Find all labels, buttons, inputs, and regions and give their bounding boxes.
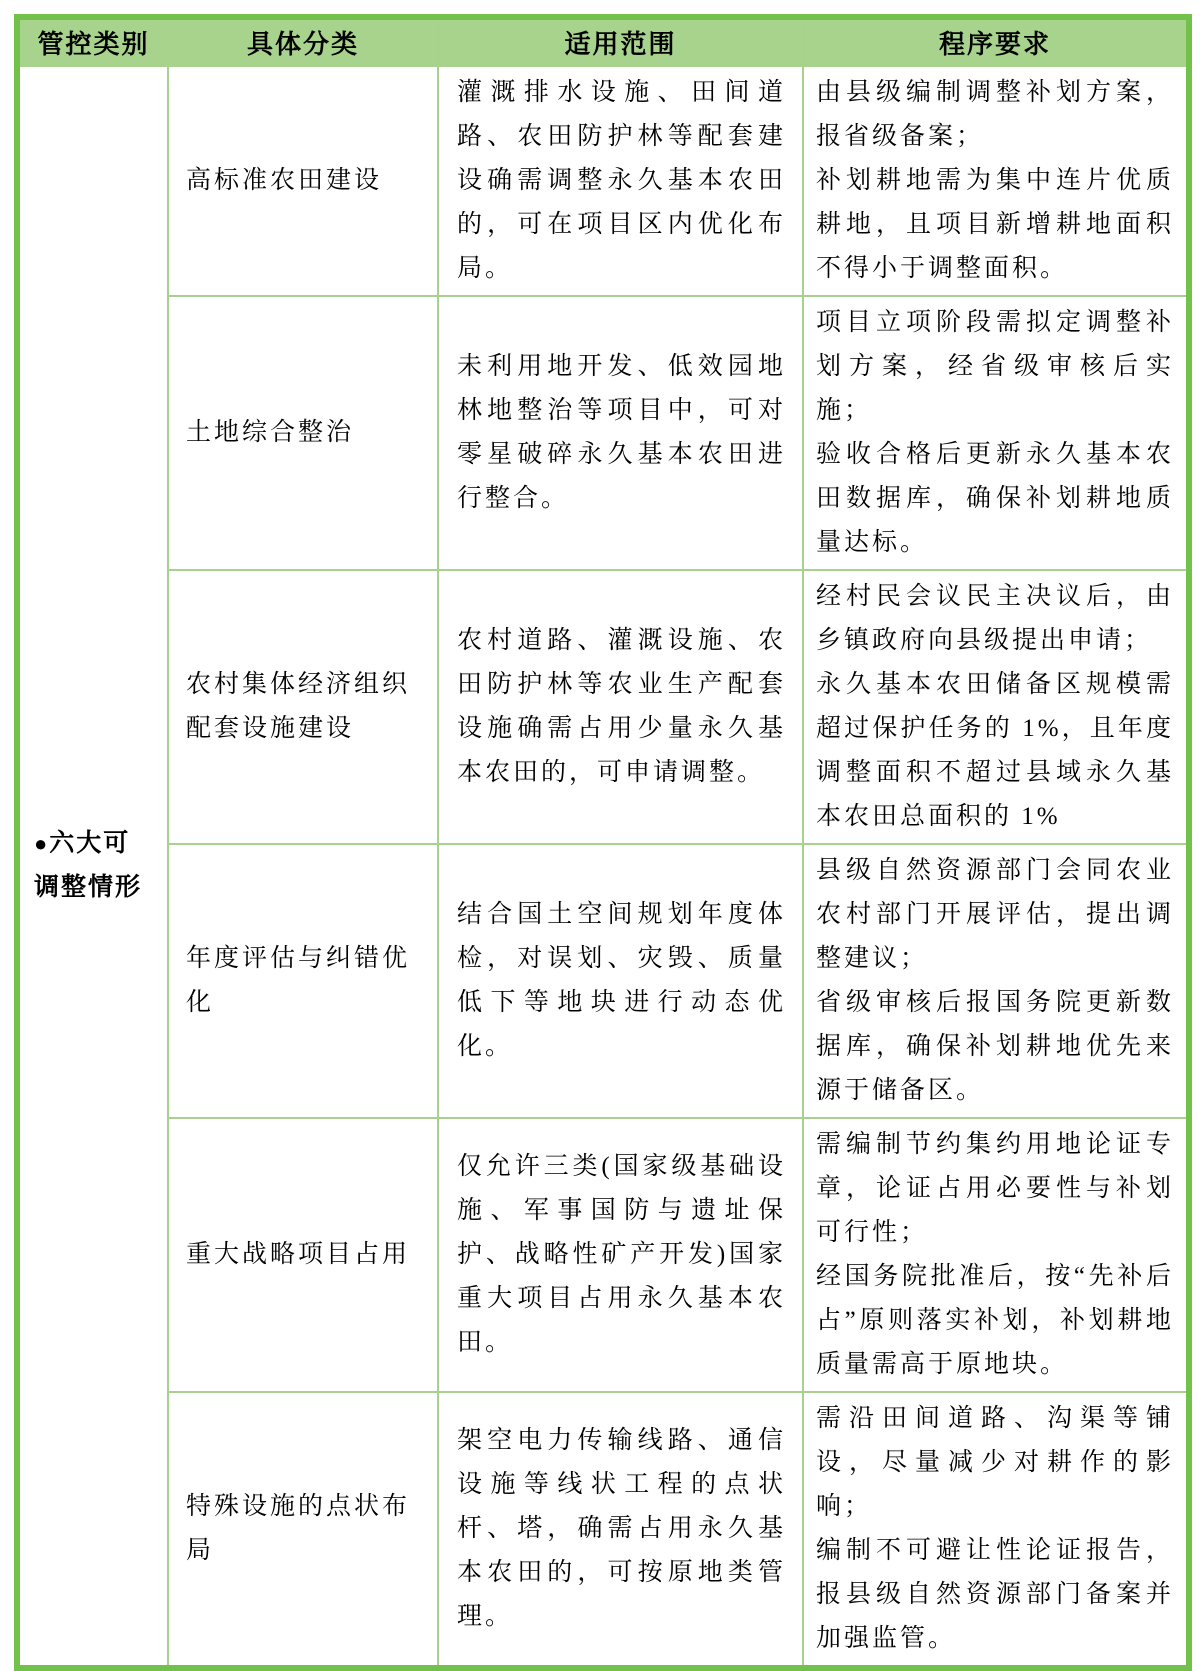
procedure-cell: 县级自然资源部门会同农业农村部门开展评估，提出调整建议； 省级审核后报国务院更新… xyxy=(803,844,1189,1118)
page: 管控类别 具体分类 适用范围 程序要求 ●六大可 调整情形 高标准农田建设 灌溉… xyxy=(0,0,1200,1504)
policy-table: 管控类别 具体分类 适用范围 程序要求 ●六大可 调整情形 高标准农田建设 灌溉… xyxy=(14,14,1192,1671)
procedure-cell: 经村民会议民主决议后，由乡镇政府向县级提出申请； 永久基本农田储备区规模需超过保… xyxy=(803,570,1189,844)
procedure-paragraph: 项目立项阶段需拟定调整补划方案，经省级审核后实施； xyxy=(816,301,1174,433)
scope-cell: 仅允许三类(国家级基础设施、军事国防与遗址保护、战略性矿产开发)国家重大项目占用… xyxy=(438,1118,803,1392)
group-label-text1: 六大可 xyxy=(49,830,130,857)
table-row: ●六大可 调整情形 高标准农田建设 灌溉排水设施、田间道路、农田防护林等配套建设… xyxy=(17,66,1189,296)
header-applicable-scope: 适用范围 xyxy=(438,17,803,66)
procedure-paragraph: 需沿田间道路、沟渠等铺设，尽量减少对耕作的影响； xyxy=(816,1397,1174,1529)
scope-cell: 架空电力传输线路、通信设施等线状工程的点状杆、塔，确需占用永久基本农田的，可按原… xyxy=(438,1392,803,1668)
procedure-paragraph: 县级自然资源部门会同农业农村部门开展评估，提出调整建议； xyxy=(816,849,1174,981)
procedure-paragraph: 省级审核后报国务院更新数据库，确保补划耕地优先来源于储备区。 xyxy=(816,981,1174,1113)
procedure-cell: 需编制节约集约用地论证专章，论证占用必要性与补划可行性； 经国务院批准后，按“先… xyxy=(803,1118,1189,1392)
procedure-paragraph: 补划耕地需为集中连片优质耕地，且项目新增耕地面积不得小于调整面积。 xyxy=(816,159,1174,291)
table-row: 特殊设施的点状布局 架空电力传输线路、通信设施等线状工程的点状杆、塔，确需占用永… xyxy=(17,1392,1189,1668)
header-specific-classification: 具体分类 xyxy=(168,17,438,66)
table-row: 土地综合整治 未利用地开发、低效园地林地整治等项目中，可对零星破碎永久基本农田进… xyxy=(17,296,1189,570)
category-cell: 高标准农田建设 xyxy=(168,66,438,296)
bullet-icon: ● xyxy=(34,831,49,856)
scope-cell: 灌溉排水设施、田间道路、农田防护林等配套建设确需调整永久基本农田的，可在项目区内… xyxy=(438,66,803,296)
group-label-line1: ●六大可 xyxy=(34,822,161,866)
table-row: 重大战略项目占用 仅允许三类(国家级基础设施、军事国防与遗址保护、战略性矿产开发… xyxy=(17,1118,1189,1392)
scope-cell: 结合国土空间规划年度体检，对误划、灾毁、质量低下等地块进行动态优化。 xyxy=(438,844,803,1118)
category-cell: 重大战略项目占用 xyxy=(168,1118,438,1392)
header-row: 管控类别 具体分类 适用范围 程序要求 xyxy=(17,17,1189,66)
header-procedure-requirements: 程序要求 xyxy=(803,17,1189,66)
procedure-cell: 项目立项阶段需拟定调整补划方案，经省级审核后实施； 验收合格后更新永久基本农田数… xyxy=(803,296,1189,570)
procedure-paragraph: 需编制节约集约用地论证专章，论证占用必要性与补划可行性； xyxy=(816,1123,1174,1255)
procedure-cell: 需沿田间道路、沟渠等铺设，尽量减少对耕作的影响； 编制不可避让性论证报告，报县级… xyxy=(803,1392,1189,1668)
category-cell: 年度评估与纠错优化 xyxy=(168,844,438,1118)
procedure-paragraph: 验收合格后更新永久基本农田数据库，确保补划耕地质量达标。 xyxy=(816,433,1174,565)
scope-cell: 农村道路、灌溉设施、农田防护林等农业生产配套设施确需占用少量永久基本农田的，可申… xyxy=(438,570,803,844)
table-row: 农村集体经济组织配套设施建设 农村道路、灌溉设施、农田防护林等农业生产配套设施确… xyxy=(17,570,1189,844)
control-category-group-cell: ●六大可 调整情形 xyxy=(17,66,168,1668)
category-cell: 农村集体经济组织配套设施建设 xyxy=(168,570,438,844)
group-label-line2: 调整情形 xyxy=(34,866,161,910)
procedure-paragraph: 经村民会议民主决议后，由乡镇政府向县级提出申请； xyxy=(816,575,1174,663)
procedure-paragraph: 编制不可避让性论证报告，报县级自然资源部门备案并加强监管。 xyxy=(816,1529,1174,1661)
category-cell: 土地综合整治 xyxy=(168,296,438,570)
procedure-paragraph: 永久基本农田储备区规模需超过保护任务的 1%，且年度调整面积不超过县域永久基本农… xyxy=(816,663,1174,839)
procedure-cell: 由县级编制调整补划方案，报省级备案； 补划耕地需为集中连片优质耕地，且项目新增耕… xyxy=(803,66,1189,296)
scope-cell: 未利用地开发、低效园地林地整治等项目中，可对零星破碎永久基本农田进行整合。 xyxy=(438,296,803,570)
procedure-paragraph: 由县级编制调整补划方案，报省级备案； xyxy=(816,71,1174,159)
category-cell: 特殊设施的点状布局 xyxy=(168,1392,438,1668)
procedure-paragraph: 经国务院批准后，按“先补后占”原则落实补划，补划耕地质量需高于原地块。 xyxy=(816,1255,1174,1387)
header-control-category: 管控类别 xyxy=(17,17,168,66)
table-row: 年度评估与纠错优化 结合国土空间规划年度体检，对误划、灾毁、质量低下等地块进行动… xyxy=(17,844,1189,1118)
